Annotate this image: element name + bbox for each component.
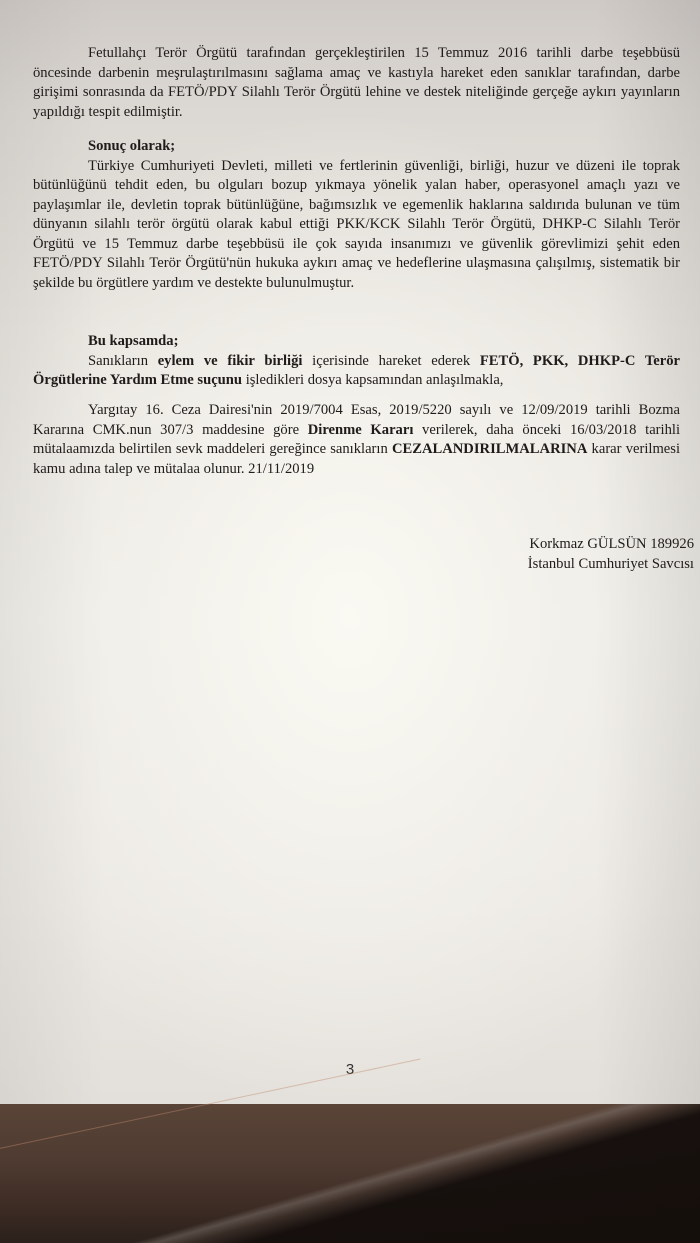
page-number: 3 xyxy=(0,1061,700,1078)
section-scope: Bu kapsamda; Sanıkların eylem ve fikir b… xyxy=(33,332,680,391)
text-run: Sanıkların xyxy=(88,353,158,369)
paragraph-text: Yargıtay 16. Ceza Dairesi'nin 2019/7004 … xyxy=(33,401,680,479)
text-run: içerisinde hareket ederek xyxy=(302,353,479,369)
desk-edge xyxy=(0,1104,700,1243)
paragraph-coup-attempt: Fetullahçı Terör Örgütü tarafından gerçe… xyxy=(33,44,680,122)
text-run: işledikleri dosya kapsamından anlaşılmak… xyxy=(242,372,503,388)
paragraph-text: Türkiye Cumhuriyeti Devleti, milleti ve … xyxy=(33,157,680,294)
bold-text: CEZALANDIRILMALARINA xyxy=(392,441,587,457)
paragraph-text: Fetullahçı Terör Örgütü tarafından gerçe… xyxy=(33,44,680,122)
signature-title: İstanbul Cumhuriyet Savcısı xyxy=(528,555,694,575)
paragraph-verdict-request: Yargıtay 16. Ceza Dairesi'nin 2019/7004 … xyxy=(33,401,680,479)
bold-text: eylem ve fikir birliği xyxy=(158,353,303,369)
bold-text: Direnme Kararı xyxy=(308,422,414,438)
section-heading: Bu kapsamda; xyxy=(88,332,680,352)
paragraph-text: Sanıkların eylem ve fikir birliği içeris… xyxy=(33,352,680,391)
section-heading: Sonuç olarak; xyxy=(88,137,680,157)
section-conclusion: Sonuç olarak; Türkiye Cumhuriyeti Devlet… xyxy=(33,137,680,293)
signature-name: Korkmaz GÜLSÜN 189926 xyxy=(528,535,694,555)
signature-block: Korkmaz GÜLSÜN 189926 İstanbul Cumhuriye… xyxy=(528,535,694,574)
